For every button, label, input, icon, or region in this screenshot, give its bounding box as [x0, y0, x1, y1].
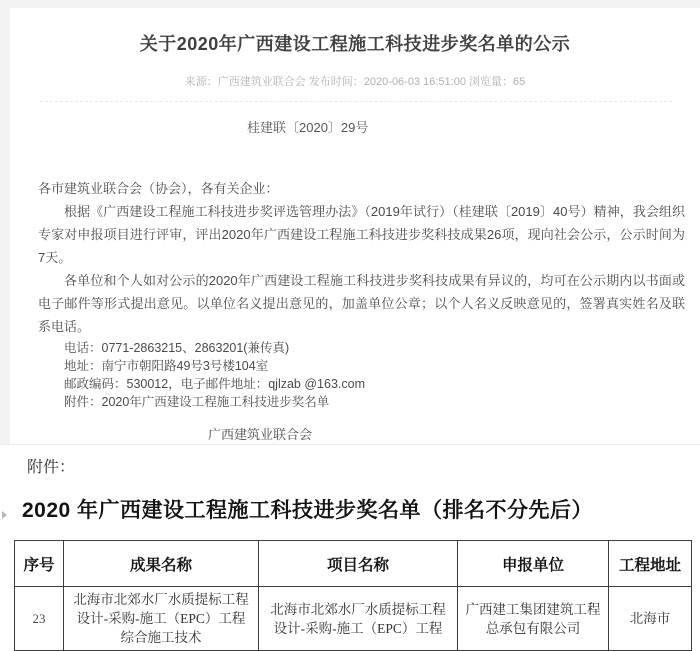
col-header-project: 项目名称 [259, 541, 458, 587]
cell-project: 北海市北郊水厂水质提标工程设计-采购-施工（EPC）工程 [259, 587, 458, 651]
attachment-preview: 附件： 2020 年广西建设工程施工科技进步奖名单（排名不分先后） 序号 成果名… [0, 444, 700, 651]
award-table: 序号 成果名称 项目名称 申报单位 工程地址 23 北海市北郊水厂水质提标工程设… [14, 540, 692, 651]
table-row: 23 北海市北郊水厂水质提标工程设计-采购-施工（EPC）工程综合施工技术 北海… [15, 587, 692, 651]
postcode-email-line: 邮政编码：530012，电子邮件地址：qjlzab @163.com [64, 375, 685, 393]
attachment-label: 附件： [27, 454, 75, 477]
table-header-row: 序号 成果名称 项目名称 申报单位 工程地址 [15, 541, 692, 587]
contact-block: 电话：0771-2863215、2863201(兼传真) 地址：南宁市朝阳路49… [38, 339, 685, 411]
col-header-achievement: 成果名称 [64, 541, 259, 587]
signature-org: 广西建筑业联合会 [38, 424, 482, 446]
cell-achievement: 北海市北郊水厂水质提标工程设计-采购-施工（EPC）工程综合施工技术 [64, 587, 259, 651]
page-title: 关于2020年广西建设工程施工科技进步奖名单的公示 [10, 30, 700, 56]
cell-seq: 23 [15, 587, 64, 651]
salutation-line: 各市建筑业联合会（协会），各有关企业： [38, 177, 685, 200]
cell-location: 北海市 [609, 587, 692, 651]
document-number: 桂建联〔2020〕29号 [247, 117, 368, 136]
paragraph-1: 根据《广西建设工程施工科技进步奖评选管理办法》（2019年试行）（桂建联〔201… [38, 200, 685, 269]
col-header-seq: 序号 [15, 541, 64, 587]
meta-divider [40, 101, 672, 102]
source-meta-line: 来源：广西建筑业联合会 发布时间：2020-06-03 16:51:00 浏览量… [10, 73, 700, 89]
attachment-mention-line: 附件：2020年广西建设工程施工科技进步奖名单 [64, 393, 685, 411]
page-frame-top [0, 0, 700, 8]
col-header-location: 工程地址 [609, 541, 692, 587]
phone-line: 电话：0771-2863215、2863201(兼传真) [64, 339, 685, 357]
cell-applicant: 广西建工集团建筑工程总承包有限公司 [458, 587, 609, 651]
address-line: 地址：南宁市朝阳路49号3号楼104室 [64, 357, 685, 375]
paragraph-2: 各单位和个人如对公示的2020年广西建设工程施工科技进步奖科技成果有异议的，均可… [38, 269, 685, 338]
award-list-title: 2020 年广西建设工程施工科技进步奖名单（排名不分先后） [22, 494, 593, 524]
left-margin-marker-icon [2, 511, 7, 519]
col-header-applicant: 申报单位 [458, 541, 609, 587]
